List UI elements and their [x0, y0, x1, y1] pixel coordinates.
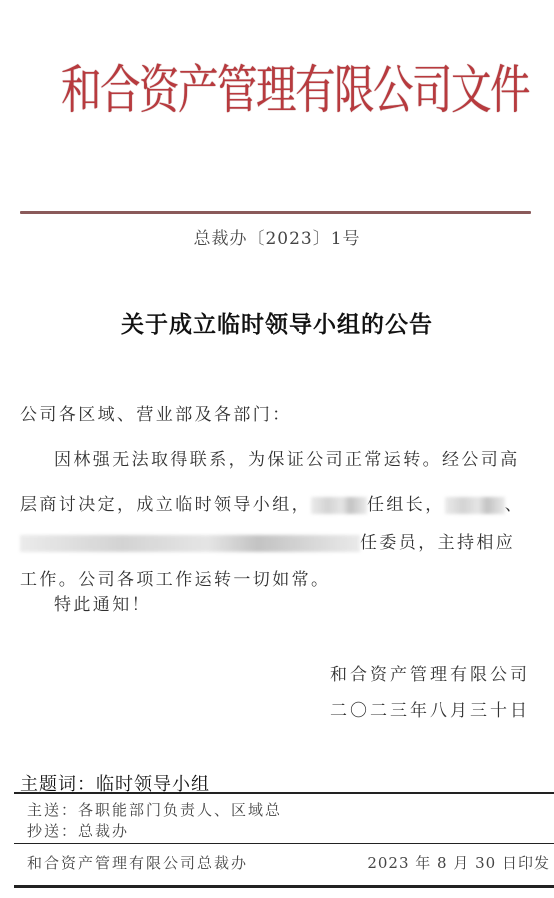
body-line-3: 任委员，主持相应 [20, 528, 515, 553]
masthead-divider [20, 211, 531, 214]
redacted-name-leader [311, 497, 367, 514]
recipients-main: 主送：各职能部门负责人、区域总 [27, 799, 282, 820]
footer-rule-top [14, 792, 554, 794]
salutation: 公司各区域、营业部及各部门： [20, 400, 292, 425]
document-number: 总裁办〔2023〕1号 [0, 224, 554, 249]
issue-date: 2023 年 8 月 30 日印发 [367, 852, 550, 873]
redacted-name-member-1 [445, 497, 505, 514]
document-title: 关于成立临时领导小组的公告 [0, 306, 554, 339]
body-line-2-text-b: 任组长， [367, 495, 445, 515]
body-line-4: 工作。公司各项工作运转一切如常。 [20, 565, 330, 590]
body-line-3-text: 任委员，主持相应 [360, 533, 515, 553]
body-line-2-text-a: 层商讨决定，成立临时领导小组， [20, 495, 311, 515]
body-line-2-text-c: 、 [505, 495, 524, 515]
footer-rule-bottom [14, 885, 554, 888]
redacted-names-members [20, 535, 360, 552]
masthead-title: 和合资产管理有限公司文件 [61, 48, 493, 123]
footer-rule-middle [14, 843, 554, 844]
body-line-2: 层商讨决定，成立临时领导小组，任组长，、 [20, 490, 524, 515]
signature-date: 二〇二三年八月三十日 [330, 696, 530, 721]
body-line-1: 因林强无法取得联系，为保证公司正常运转。经公司高 [54, 445, 520, 470]
closing-text: 特此通知！ [54, 590, 151, 615]
recipients-cc: 抄送：总裁办 [27, 820, 129, 841]
signature-company: 和合资产管理有限公司 [330, 660, 530, 685]
issuer: 和合资产管理有限公司总裁办 [27, 852, 248, 873]
